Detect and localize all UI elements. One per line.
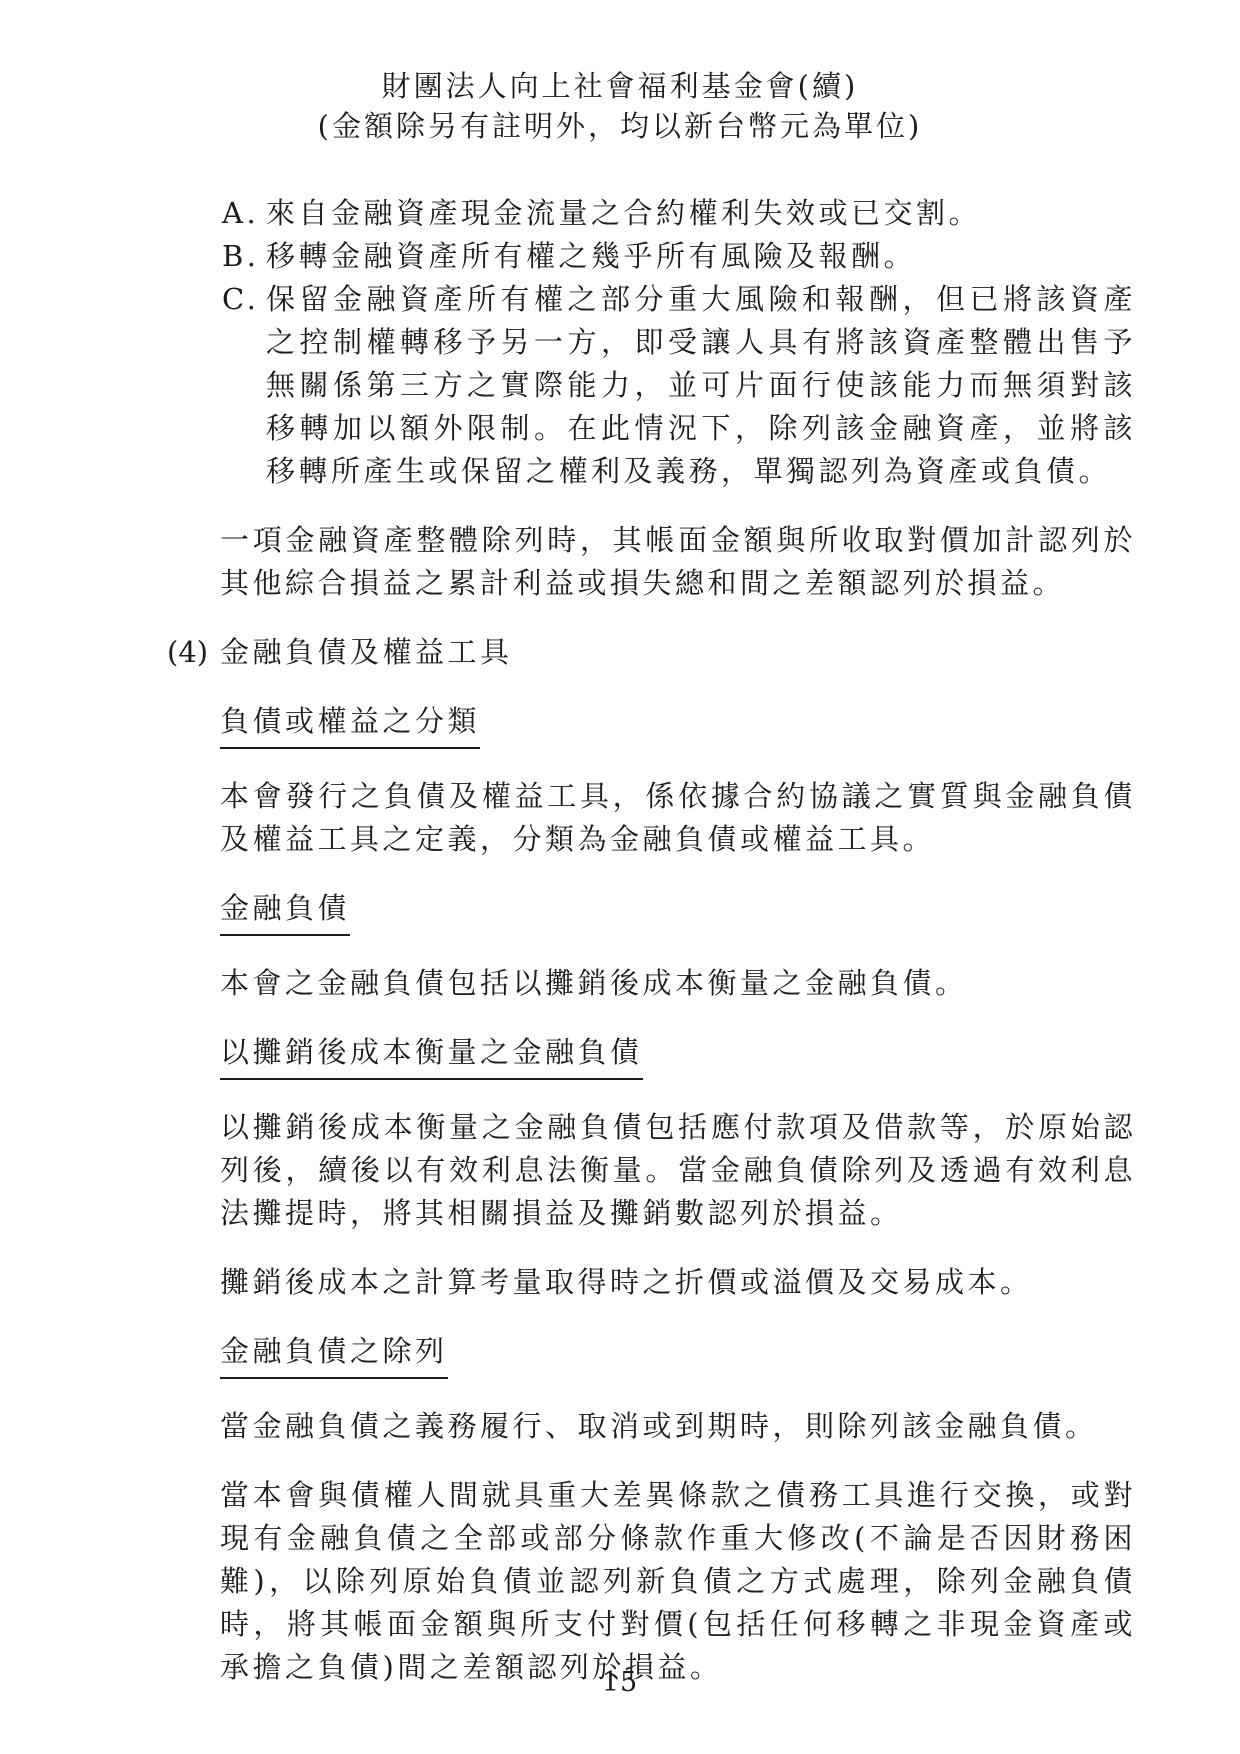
- list-item-text: 來自金融資產現金流量之合約權利失效或已交割。: [266, 192, 1136, 235]
- section-number: (4): [167, 631, 220, 674]
- subheading-text: 金融負債之除列: [220, 1330, 448, 1379]
- page-number: 15: [0, 1668, 1240, 1698]
- document-subtitle: (金額除另有註明外，均以新台幣元為單位): [0, 106, 1240, 146]
- paragraph-financial-liabilities: 本會之金融負債包括以攤銷後成本衡量之金融負債。: [220, 962, 1136, 1005]
- paragraph-amortized-cost-1: 以攤銷後成本衡量之金融負債包括應付款項及借款等，於原始認列後，續後以有效利息法衡…: [220, 1106, 1136, 1235]
- list-item: C. 保留金融資產所有權之部分重大風險和報酬，但已將該資產之控制權轉移予另一方，…: [222, 278, 1136, 493]
- document-header: 財團法人向上社會福利基金會(續) (金額除另有註明外，均以新台幣元為單位): [0, 0, 1240, 146]
- list-item-text: 移轉金融資產所有權之幾乎所有風險及報酬。: [266, 235, 1136, 278]
- list-item-label: C.: [222, 278, 266, 321]
- paragraph-derecognition-summary: 一項金融資產整體除列時，其帳面金額與所收取對價加計認列於其他綜合損益之累計利益或…: [220, 519, 1136, 605]
- list-item: B. 移轉金融資產所有權之幾乎所有風險及報酬。: [222, 235, 1136, 278]
- list-item-text: 保留金融資產所有權之部分重大風險和報酬，但已將該資產之控制權轉移予另一方，即受讓…: [266, 278, 1136, 493]
- paragraph-liability-derecognition-2: 當本會與債權人間就具重大差異條款之債務工具進行交換，或對現有金融負債之全部或部分…: [220, 1474, 1136, 1689]
- paragraph-liability-derecognition-1: 當金融負債之義務履行、取消或到期時，則除列該金融負債。: [220, 1405, 1136, 1448]
- subheading-text: 以攤銷後成本衡量之金融負債: [220, 1031, 643, 1080]
- document-title: 財團法人向上社會福利基金會(續): [0, 66, 1240, 106]
- list-item: A. 來自金融資產現金流量之合約權利失效或已交割。: [222, 192, 1136, 235]
- paragraph-classification: 本會發行之負債及權益工具，係依據合約協議之實質與金融負債及權益工具之定義，分類為…: [220, 775, 1136, 861]
- subheading-text: 負債或權益之分類: [220, 700, 480, 749]
- subheading-amortized-cost-liabilities: 以攤銷後成本衡量之金融負債: [220, 1031, 1136, 1080]
- subheading-financial-liabilities: 金融負債: [220, 887, 1136, 936]
- subheading-text: 金融負債: [220, 887, 350, 936]
- derecognition-criteria-list: A. 來自金融資產現金流量之合約權利失效或已交割。 B. 移轉金融資產所有權之幾…: [222, 192, 1136, 493]
- subheading-liability-or-equity-classification: 負債或權益之分類: [220, 700, 1136, 749]
- section-title: 金融負債及權益工具: [220, 631, 1136, 674]
- list-item-label: A.: [222, 192, 266, 235]
- paragraph-amortized-cost-2: 攤銷後成本之計算考量取得時之折價或溢價及交易成本。: [220, 1261, 1136, 1304]
- subheading-derecognition-of-liabilities: 金融負債之除列: [220, 1330, 1136, 1379]
- section-heading-financial-liabilities: (4) 金融負債及權益工具: [167, 631, 1136, 674]
- list-item-label: B.: [222, 235, 266, 278]
- document-page: 財團法人向上社會福利基金會(續) (金額除另有註明外，均以新台幣元為單位) A.…: [0, 0, 1240, 1754]
